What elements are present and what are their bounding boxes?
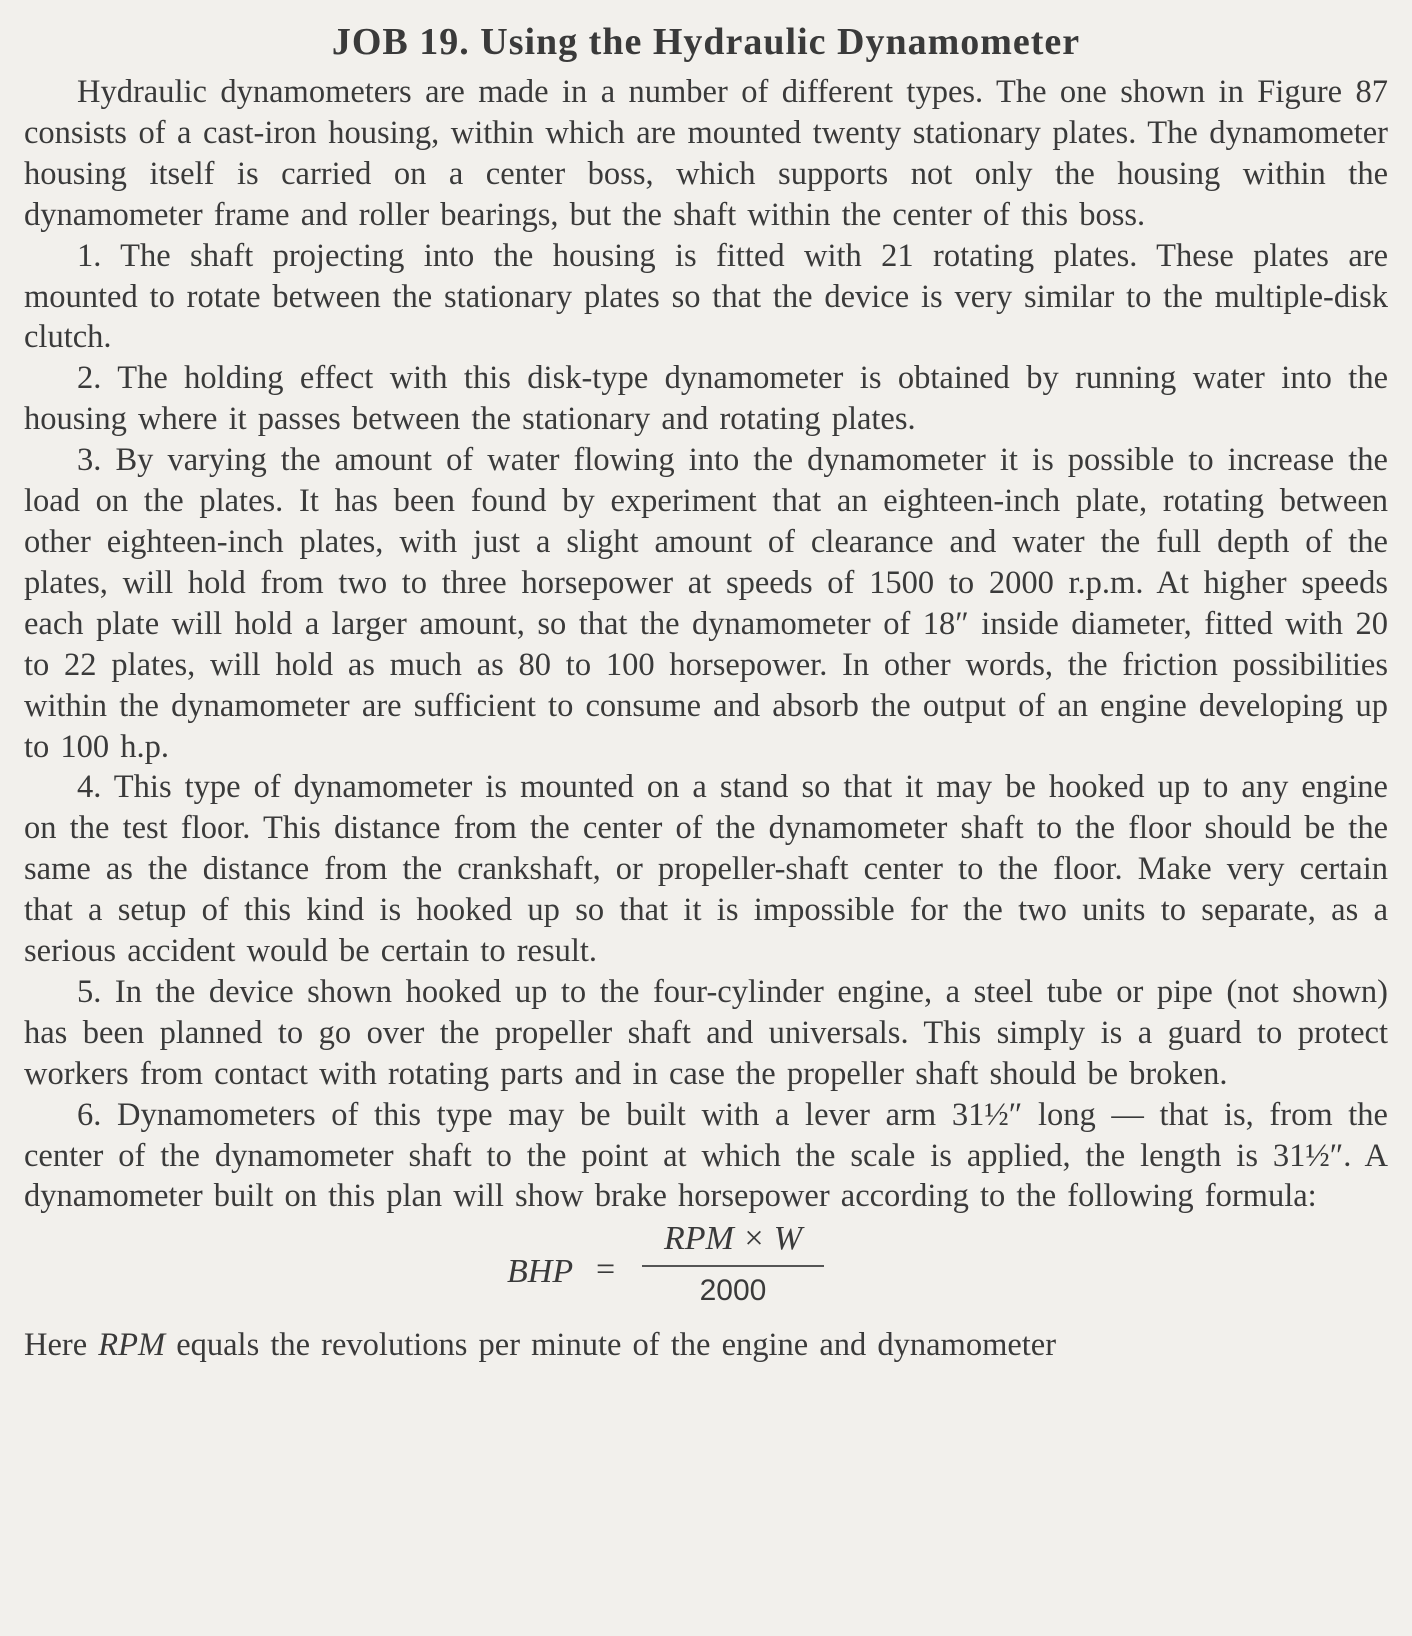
closing-term: RPM: [98, 1327, 165, 1363]
formula-lhs: BHP: [507, 1253, 573, 1291]
formula-denominator: 2000: [642, 1267, 824, 1315]
formula-numerator: RPM × W: [642, 1217, 824, 1261]
paragraph-1: 1. The shaft projecting into the housing…: [24, 236, 1388, 359]
paragraph-5: 5. In the device shown hooked up to the …: [24, 972, 1388, 1095]
paragraph-4: 4. This type of dynamometer is mounted o…: [24, 767, 1388, 972]
document-page: JOB 19. Using the Hydraulic Dynamometer …: [24, 0, 1388, 1366]
paragraph-3: 3. By varying the amount of water flowin…: [24, 440, 1388, 767]
page-title: JOB 19. Using the Hydraulic Dynamometer: [24, 0, 1388, 72]
paragraph-6: 6. Dynamometers of this type may be buil…: [24, 1095, 1388, 1218]
closing-lead: Here: [24, 1327, 98, 1363]
bhp-formula: BHP = RPM × W 2000: [24, 1217, 1388, 1325]
formula-fraction: RPM × W 2000: [642, 1217, 824, 1315]
closing-paragraph: Here RPM equals the revolutions per minu…: [24, 1325, 1388, 1366]
intro-paragraph: Hydraulic dynamometers are made in a num…: [24, 72, 1388, 236]
closing-rest: equals the revolutions per minute of the…: [165, 1327, 1056, 1363]
formula-equals: =: [596, 1251, 615, 1289]
paragraph-2: 2. The holding effect with this disk-typ…: [24, 358, 1388, 440]
